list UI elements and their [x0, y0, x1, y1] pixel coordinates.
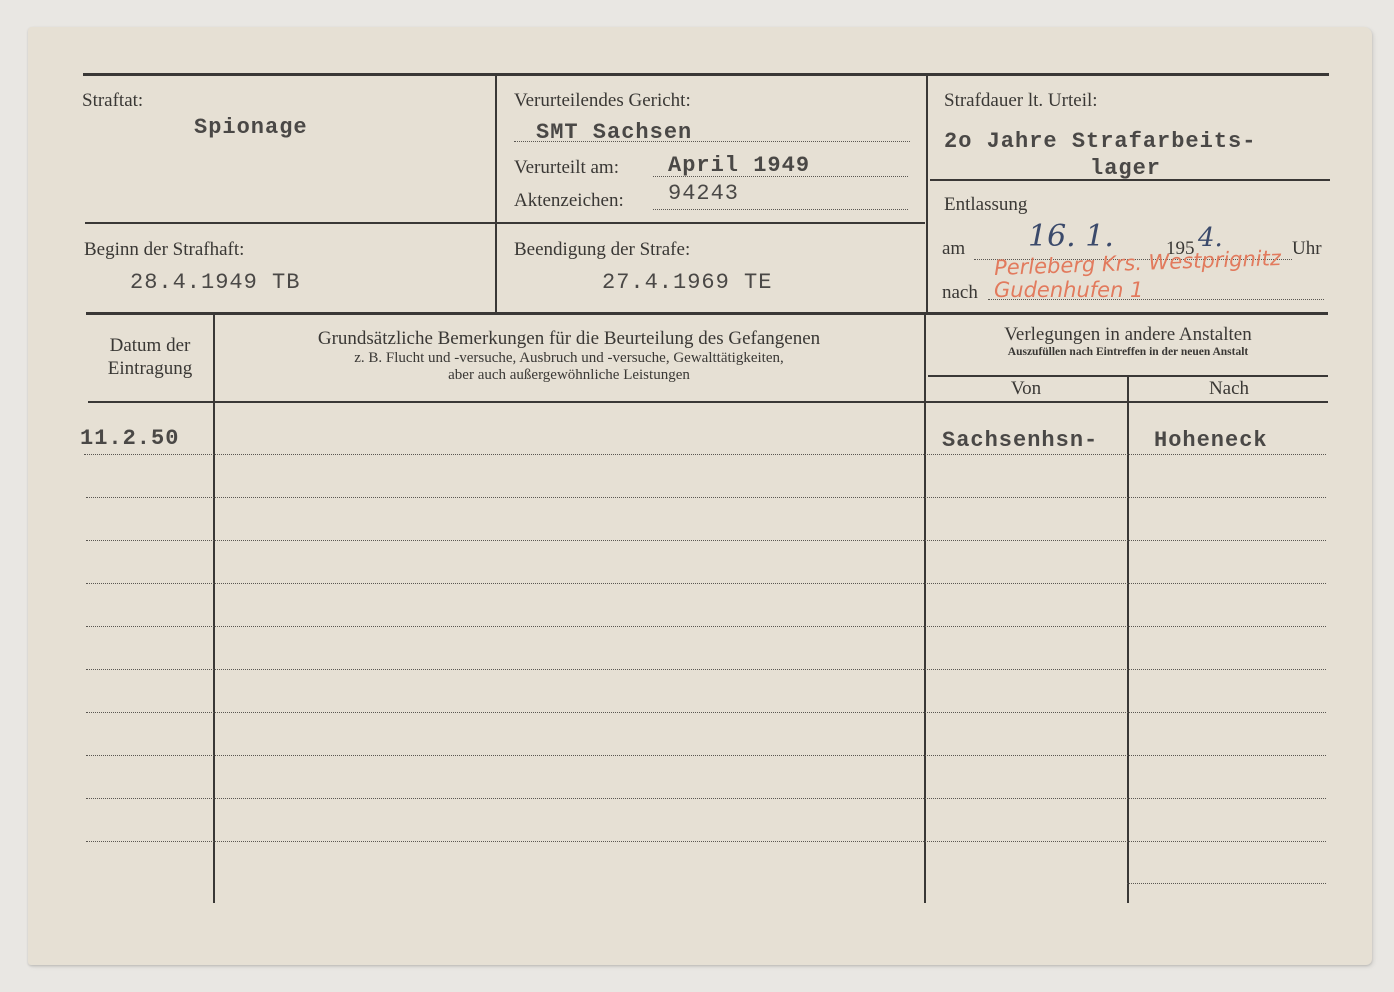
table-row-line — [1127, 883, 1326, 884]
table-row-line — [86, 497, 1326, 498]
file-number-label: Aktenzeichen: — [514, 190, 624, 212]
sentence-end-value: 27.4.1969 TE — [602, 270, 772, 295]
sentence-length-label: Strafdauer lt. Urteil: — [944, 90, 1098, 112]
from-column-header: Von — [926, 378, 1126, 400]
table-row-line — [86, 798, 1326, 799]
release-am-label: am — [942, 238, 965, 260]
table-divider-remarks — [924, 315, 926, 903]
offense-value: Spionage — [194, 115, 308, 140]
sentence-end-label: Beendigung der Strafe: — [514, 239, 690, 261]
divider-col2 — [926, 75, 928, 313]
file-dotline — [653, 209, 908, 210]
table-row-line — [84, 454, 1326, 455]
top-rule — [83, 73, 1329, 76]
to-column-header: Nach — [1129, 378, 1329, 400]
sentence-start-value: 28.4.1949 TB — [130, 270, 300, 295]
table-row-line — [86, 841, 1326, 842]
table-row-line — [86, 712, 1326, 713]
transfer-subheader-rule — [928, 375, 1328, 377]
mid-rule-left — [85, 222, 925, 224]
table-header-rule — [88, 401, 1328, 403]
court-label: Verurteilendes Gericht: — [514, 90, 691, 112]
file-number-value: 94243 — [668, 181, 739, 206]
sentenced-date-label: Verurteilt am: — [514, 157, 619, 179]
sentence-length-line1: 2o Jahre Strafarbeits- — [944, 129, 1256, 154]
table-row-date: 11.2.50 — [80, 426, 179, 451]
sentenced-date-value: April 1949 — [668, 153, 810, 178]
sentence-start-label: Beginn der Strafhaft: — [84, 239, 244, 261]
prisoner-record-card: Straftat: Spionage Verurteilendes Gerich… — [28, 27, 1372, 965]
transfers-column-header: Verlegungen in andere Anstalten Auszufül… — [926, 324, 1330, 358]
table-divider-transfer — [1127, 377, 1129, 903]
table-row-line — [86, 583, 1326, 584]
table-row-line — [86, 755, 1326, 756]
date-column-header: Datum der Eintragung — [88, 334, 212, 380]
table-row-line — [86, 669, 1326, 670]
release-uhr-label: Uhr — [1292, 238, 1322, 260]
release-label: Entlassung — [944, 194, 1027, 216]
table-top-rule — [86, 312, 1328, 315]
table-divider-date — [213, 315, 215, 903]
sentenced-dotline — [653, 176, 908, 177]
remarks-column-header: Grundsätzliche Bemerkungen für die Beurt… — [216, 328, 922, 384]
table-row-line — [86, 626, 1326, 627]
offense-label: Straftat: — [82, 90, 143, 112]
table-row-line — [86, 540, 1326, 541]
release-nach-label: nach — [942, 282, 978, 304]
sentence-length-line2: lager — [1090, 156, 1161, 181]
court-dotline — [514, 141, 910, 142]
table-row-from: Sachsenhsn- — [942, 428, 1098, 453]
release-destination-line2: Gudenhufen 1 — [994, 278, 1143, 302]
divider-col1 — [495, 75, 497, 313]
release-date-handwritten: 16. 1. — [1028, 219, 1114, 254]
table-row-to: Hoheneck — [1154, 428, 1268, 453]
